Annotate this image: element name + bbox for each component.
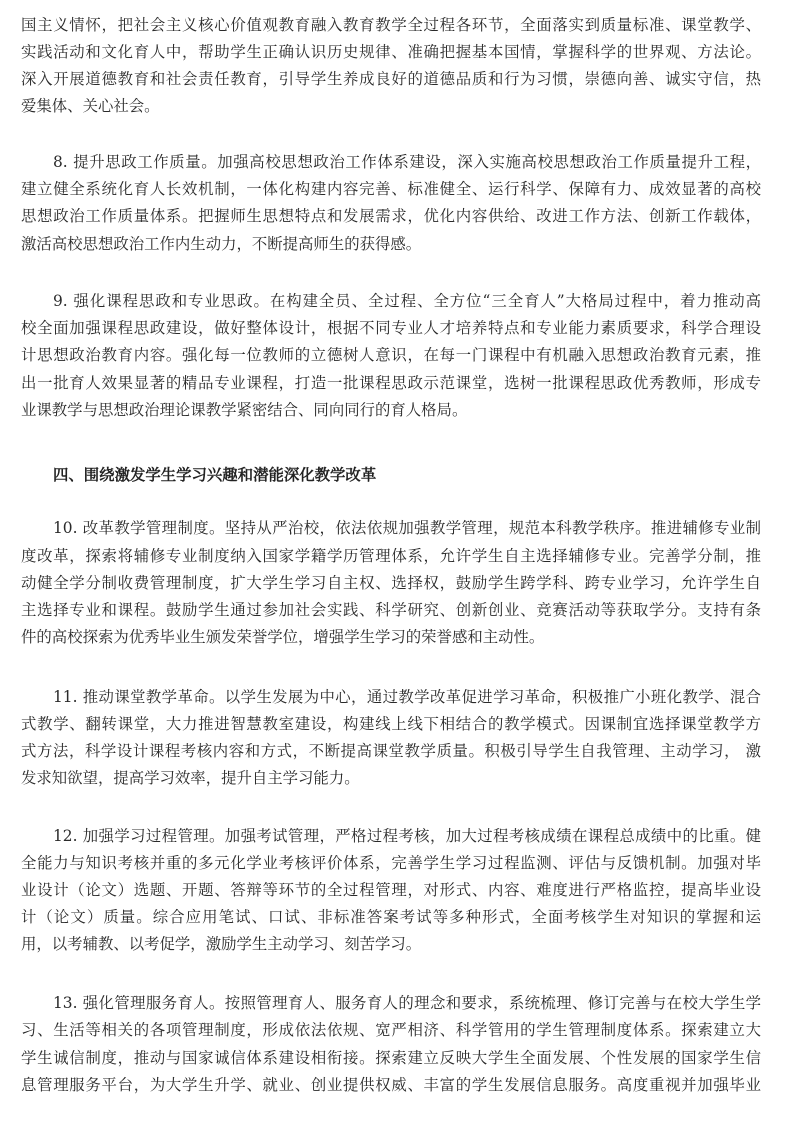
text-line: 动健全学分制收费管理制度，扩大学生学习自主权、选择权，鼓励学生跨学科、跨专业学习… (21, 570, 761, 597)
text-line: 激活高校思想政治工作内生动力，不断提高师生的获得感。 (21, 231, 761, 258)
text-line: 国主义情怀，把社会主义核心价值观教育融入教育教学全过程各环节，全面落实到质量标准… (21, 12, 761, 39)
text-line: 13. 强化管理服务育人。按照管理育人、服务育人的理念和要求，系统梳理、修订完善… (53, 990, 761, 1017)
text-line: 9. 强化课程思政和专业思政。在构建全员、全过程、全方位“三全育人”大格局过程中… (53, 288, 761, 315)
text-line: 主选择专业和课程。鼓励学生通过参加社会实践、科学研究、创新创业、竞赛活动等获取学… (21, 597, 761, 624)
text-line: 12. 加强学习过程管理。加强考试管理，严格过程考核，加大过程考核成绩在课程总成… (53, 823, 761, 850)
text-line: 业设计（论文）选题、开题、答辩等环节的全过程管理，对形式、内容、难度进行严格监控… (21, 877, 761, 904)
text-line: 度改革，探索将辅修专业制度纳入国家学籍学历管理体系，允许学生自主选择辅修专业。完… (21, 543, 761, 570)
document-page: 国主义情怀，把社会主义核心价值观教育融入教育教学全过程各环节，全面落实到质量标准… (0, 0, 793, 1122)
text-line: 校全面加强课程思政建设，做好整体设计，根据不同专业人才培养特点和专业能力素质要求… (21, 315, 761, 342)
text-line: 计（论文）质量。综合应用笔试、口试、非标准答案考试等多种形式，全面考核学生对知识… (21, 904, 761, 931)
text-line: 10. 改革教学管理制度。坚持从严治校，依法依规加强教学管理，规范本科教学秩序。… (53, 515, 761, 542)
text-line: 用，以考辅教、以考促学，激励学生主动学习、刻苦学习。 (21, 931, 761, 958)
section-heading: 四、围绕激发学生学习兴趣和潜能深化教学改革 (53, 462, 376, 489)
text-line: 习、生活等相关的各项管理制度，形成依法依规、宽严相济、科学管用的学生管理制度体系… (21, 1017, 761, 1044)
text-line: 式方法，科学设计课程考核内容和方式，不断提高课堂教学质量。积极引导学生自我管理、… (21, 738, 761, 765)
text-line: 深入开展道德教育和社会责任教育，引导学生养成良好的道德品质和行为习惯，崇德向善、… (21, 66, 761, 93)
text-line: 息管理服务平台，为大学生升学、就业、创业提供权威、丰富的学生发展信息服务。高度重… (21, 1072, 761, 1099)
text-line: 8. 提升思政工作质量。加强高校思想政治工作体系建设，深入实施高校思想政治工作质… (53, 149, 761, 176)
text-line: 出一批育人效果显著的精品专业课程，打造一批课程思政示范课堂，选树一批课程思政优秀… (21, 370, 761, 397)
text-line: 件的高校探索为优秀毕业生颁发荣誉学位，增强学生学习的荣誉感和主动性。 (21, 624, 761, 651)
text-line: 发求知欲望，提高学习效率，提升自主学习能力。 (21, 765, 761, 792)
text-line: 11. 推动课堂教学革命。以学生发展为中心，通过教学改革促进学习革命，积极推广小… (53, 684, 761, 711)
text-line: 计思想政治教育内容。强化每一位教师的立德树人意识，在每一门课程中有机融入思想政治… (21, 342, 761, 369)
text-line: 学生诚信制度，推动与国家诚信体系建设相衔接。探索建立反映大学生全面发展、个性发展… (21, 1045, 761, 1072)
text-line: 爱集体、关心社会。 (21, 93, 761, 120)
text-line: 业课教学与思想政治理论课教学紧密结合、同向同行的育人格局。 (21, 397, 761, 424)
text-line: 思想政治工作质量体系。把握师生思想特点和发展需求，优化内容供给、改进工作方法、创… (21, 203, 761, 230)
text-line: 建立健全系统化育人长效机制，一体化构建内容完善、标准健全、运行科学、保障有力、成… (21, 176, 761, 203)
text-line: 实践活动和文化育人中，帮助学生正确认识历史规律、准确把握基本国情，掌握科学的世界… (21, 39, 761, 66)
text-line: 式教学、翻转课堂，大力推进智慧教室建设，构建线上线下相结合的教学模式。因课制宜选… (21, 711, 761, 738)
text-line: 全能力与知识考核并重的多元化学业考核评价体系，完善学生学习过程监测、评估与反馈机… (21, 850, 761, 877)
